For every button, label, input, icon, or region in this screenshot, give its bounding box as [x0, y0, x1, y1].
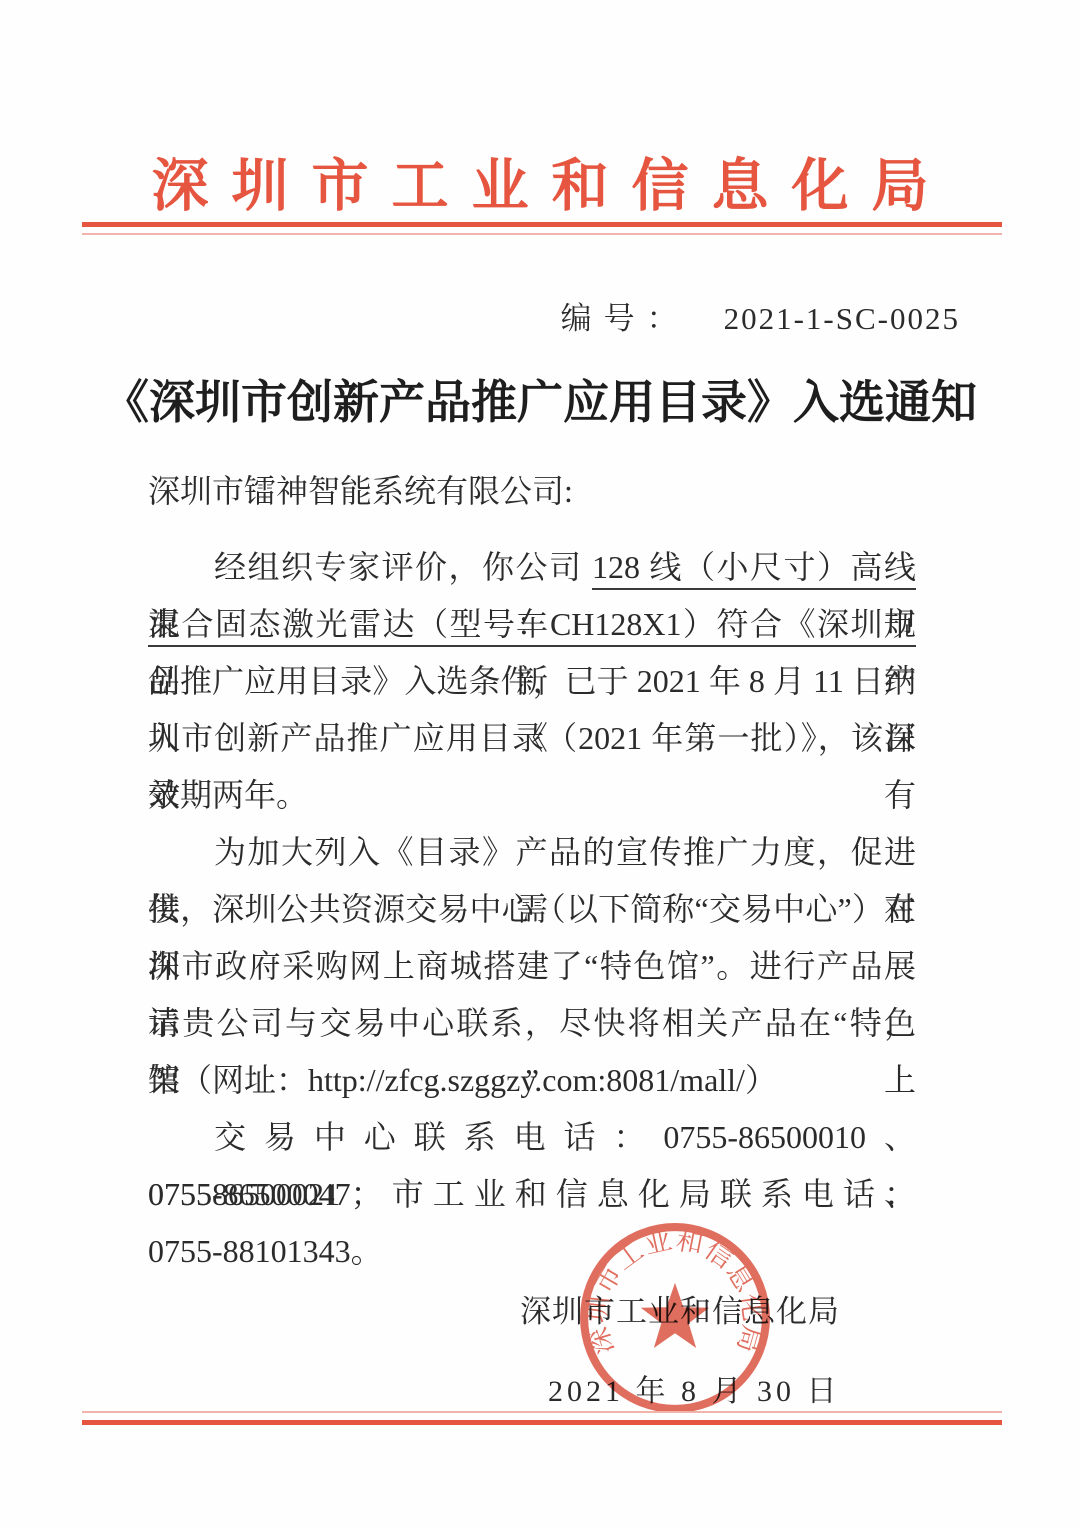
body-line: 圳市政府采购网上商城搭建了“特色馆”。进行产品展示， — [148, 938, 916, 995]
body-text: 经组织专家评价，你公司 128 线（小尺寸）高线束车规混合固态激光雷达（型号：C… — [148, 539, 916, 1280]
body-line: 品推广应用目录》入选条件，已于 2021 年 8 月 11 日纳入《深 — [148, 653, 916, 710]
letterhead-rule-thick — [82, 222, 1002, 227]
document-page: 深圳市工业和信息化局 编号：2021-1-SC-0025 《深圳市创新产品推广应… — [0, 0, 1080, 1528]
body-line: 圳市创新产品推广应用目录（2021 年第一批）》，该目录有 — [148, 710, 916, 767]
signature-date: 2021 年 8 月 30 日 — [548, 1366, 788, 1410]
text-segment: 0755-88101343。 — [148, 1233, 383, 1269]
signature-agency: 深圳市工业和信息化局 — [520, 1286, 832, 1331]
letterhead-rule-thin — [82, 233, 1002, 235]
body-line: 交易中心联系电话：0755-86500010、075586500021、 — [148, 1109, 916, 1166]
body-line: 0755-88101343。 — [148, 1223, 916, 1280]
body-line: 请贵公司与交易中心联系，尽快将相关产品在“特色馆”上 — [148, 995, 916, 1052]
footer-rule-thick — [82, 1420, 1002, 1425]
doc-number-label: 编号： — [561, 301, 690, 336]
footer-rule-thin — [82, 1411, 1002, 1413]
body-line: 经组织专家评价，你公司 128 线（小尺寸）高线束车规 — [148, 539, 916, 596]
body-line: 0755-86500047；市工业和信息化局联系电话： — [148, 1166, 916, 1223]
text-segment: 经组织专家评价，你公司 — [214, 549, 592, 585]
text-segment: 效期两年。 — [148, 777, 308, 813]
doc-number-value: 2021-1-SC-0025 — [724, 301, 960, 336]
body-line: 混合固态激光雷达（型号：CH128X1）符合《深圳市创新产 — [148, 596, 916, 653]
addressee-line: 深圳市镭神智能系统有限公司: — [148, 466, 573, 512]
body-line: 接，深圳公共资源交易中心（以下简称“交易中心”）在深 — [148, 881, 916, 938]
text-segment: 架（网址：http://zfcg.szggzy.com:8081/mall/） — [148, 1062, 777, 1098]
notice-title: 《深圳市创新产品推广应用目录》入选通知 — [0, 366, 1080, 432]
text-segment: 0755-86500047；市工业和信息化局联系电话： — [148, 1176, 916, 1212]
underlined-text: 混合固态激光雷达（型号：CH128X1） — [148, 606, 717, 647]
body-line: 为加大列入《目录》产品的宣传推广力度，促进供需对 — [148, 824, 916, 881]
letterhead-agency-title: 深圳市工业和信息化局 — [0, 140, 1080, 222]
doc-number: 编号：2021-1-SC-0025 — [561, 293, 960, 338]
